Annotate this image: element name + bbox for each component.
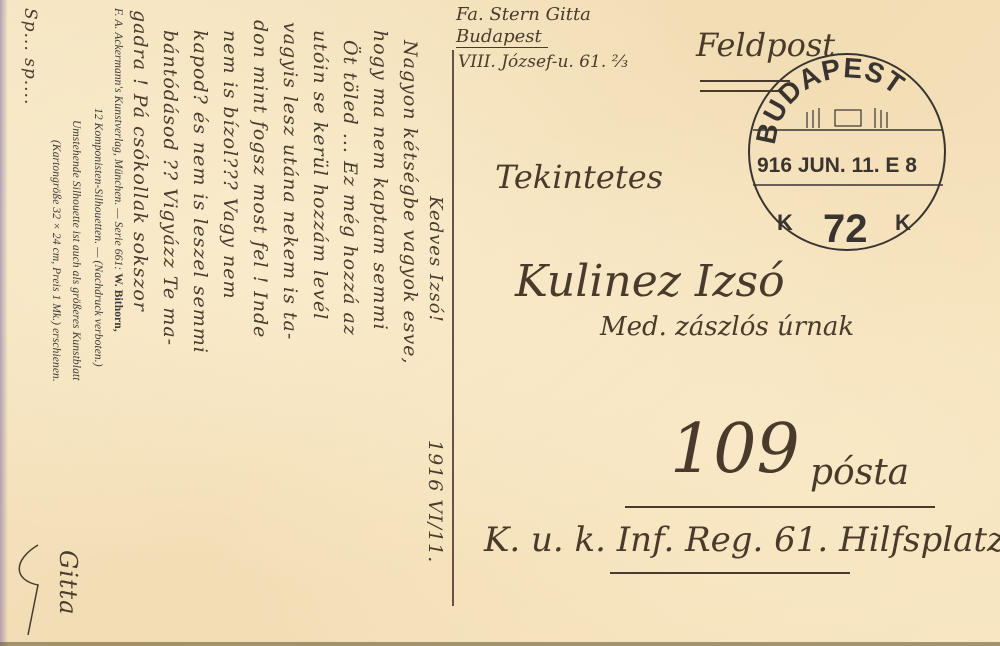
publisher-imprint-line-4: (Kartongröße 32 × 24 cm, Preis 1 Mk.) er…	[50, 140, 62, 382]
message-date: 1916 VI/11.	[424, 440, 446, 563]
svg-text:916 JUN. 11. E 8: 916 JUN. 11. E 8	[757, 154, 917, 177]
svg-text:K: K	[895, 210, 911, 235]
field-post-underline	[625, 506, 935, 508]
message-greeting: Kedves Izsó!	[425, 196, 446, 323]
address-divider	[452, 50, 454, 606]
message-line-text: don mint fogsz most fel ! Inde	[249, 20, 271, 338]
message-line-text: bántódásod ?? Vigyázz Te ma-	[159, 30, 181, 346]
svg-text:72: 72	[823, 207, 868, 251]
recipient-name-text: Kulinez Izsó	[515, 256, 785, 307]
message-line-text: kapod? és nem is leszel semmi	[189, 30, 211, 354]
recipient-title-text: Med. zászlós úrnak	[600, 312, 854, 342]
recipient-unit-text: K. u. k. Inf. Reg. 61. Hilfsplatz	[484, 520, 1000, 560]
message-line-text: vagyis lesz utána nekem is ta-	[279, 22, 301, 340]
kunstblatt-text: Umstehende Silhouette ist auch als größe…	[70, 120, 82, 381]
sender-street-text: VIII. József-u. 61. ⅔	[458, 52, 628, 72]
message-postscript: Sp... sp....	[20, 8, 40, 105]
sender-city-text: Budapest	[456, 26, 542, 47]
message-line: Öt töled ... Ez még hozzá az	[339, 40, 361, 336]
message-line: nem is bízol??? Vagy nem	[219, 30, 241, 300]
recipient-salutation: Tekintetes	[495, 158, 663, 196]
svg-text:BUDAPEST: BUDAPEST	[750, 52, 911, 147]
postmark-stamp: BUDAPEST 916 JUN. 11. E 8 72 K K	[745, 50, 950, 255]
publisher-text: F. A. Ackermann's Kunstverlag, München. …	[112, 8, 124, 273]
message-signature: Gitta	[54, 550, 82, 615]
field-post-label-text: pósta	[810, 452, 909, 493]
field-post-number-text: 109	[670, 410, 800, 489]
unit-underline	[610, 572, 850, 574]
publisher-imprint-line-3: Umstehende Silhouette ist auch als größe…	[70, 120, 82, 381]
sender-street: VIII. József-u. 61. ⅔	[458, 52, 628, 72]
message-line: bántódásod ?? Vigyázz Te ma-	[159, 30, 181, 346]
date-text: 1916 VI/11.	[424, 440, 446, 563]
publisher-imprint-line-1: F. A. Ackermann's Kunstverlag, München. …	[112, 8, 124, 332]
signature-text: Gitta	[54, 550, 82, 615]
message-line-text: hogy ma nem kaptam semmi	[369, 30, 391, 331]
price-text: (Kartongröße 32 × 24 cm, Preis 1 Mk.) er…	[50, 140, 62, 382]
greeting-text: Kedves Izsó!	[425, 196, 446, 323]
postmark-circle-icon: BUDAPEST 916 JUN. 11. E 8 72 K K	[745, 50, 950, 255]
svg-text:K: K	[777, 210, 793, 235]
artist-name: W. Bithorn,	[112, 273, 124, 332]
publisher-imprint-line-2: 12 Komponisten-Silhouetten. — (Nachdruck…	[92, 108, 104, 367]
recipient-unit: K. u. k. Inf. Reg. 61. Hilfsplatz	[484, 520, 1000, 560]
postcard: F. A. Ackermann's Kunstverlag, München. …	[0, 0, 1000, 646]
sender-city: Budapest	[456, 26, 548, 48]
message-line-text: gadra ! Pá csókollak sokszor	[129, 10, 151, 312]
salutation-text: Tekintetes	[495, 158, 663, 196]
flourish-stroke	[8, 540, 48, 640]
message-line: utóin se kerül hozzám levél	[309, 30, 331, 320]
field-post-label: pósta	[810, 452, 909, 493]
series-text: 12 Komponisten-Silhouetten. — (Nachdruck…	[92, 108, 104, 367]
field-post-number: 109	[670, 410, 800, 489]
sender-name: Fa. Stern Gitta	[456, 4, 591, 25]
message-line-text: Nagyon kétségbe vagyok esve,	[399, 40, 421, 365]
recipient-name: Kulinez Izsó	[515, 256, 785, 307]
message-line-text: Öt töled ... Ez még hozzá az	[339, 40, 361, 336]
message-line: don mint fogsz most fel ! Inde	[249, 20, 271, 338]
message-line-text: utóin se kerül hozzám levél	[309, 30, 331, 320]
postscript-text: Sp... sp....	[20, 8, 40, 105]
message-line: Nagyon kétségbe vagyok esve,	[399, 40, 421, 365]
sender-name-text: Fa. Stern Gitta	[456, 4, 591, 25]
message-line: hogy ma nem kaptam semmi	[369, 30, 391, 331]
recipient-title: Med. zászlós úrnak	[600, 312, 854, 342]
message-line: vagyis lesz utána nekem is ta-	[279, 22, 301, 340]
message-line: gadra ! Pá csókollak sokszor	[129, 10, 151, 312]
message-line-text: nem is bízol??? Vagy nem	[219, 30, 241, 300]
message-line: kapod? és nem is leszel semmi	[189, 30, 211, 354]
